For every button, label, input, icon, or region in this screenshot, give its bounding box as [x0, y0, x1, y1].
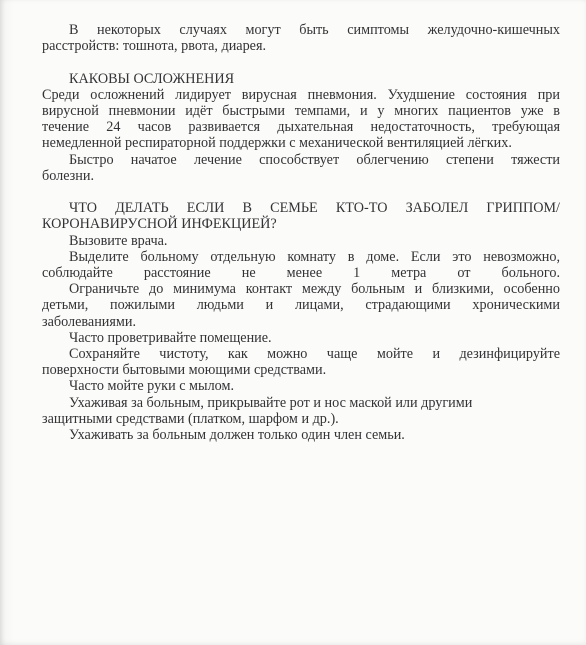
complications-line: течение 24 часов развивается дыхательная…: [42, 119, 560, 135]
advice-line: соблюдайте расстояние не менее 1 метра о…: [42, 265, 560, 281]
family-illness-heading-line: КОРОНАВИРУСНОЙ ИНФЕКЦИЕЙ?: [42, 216, 560, 232]
advice-line: Сохраняйте чистоту, как можно чаще мойте…: [42, 346, 560, 362]
blank-line: [42, 54, 560, 70]
document-page: В некоторых случаях могут быть симптомы …: [0, 0, 586, 645]
advice-line: защитными средствами (платком, шарфом и …: [42, 411, 560, 427]
complications-line: немедленной респираторной поддержки с ме…: [42, 135, 560, 151]
complications-heading: КАКОВЫ ОСЛОЖНЕНИЯ: [42, 71, 560, 87]
advice-line: Ограничьте до минимума контакт между бол…: [42, 281, 560, 297]
advice-line: поверхности бытовыми моющими средствами.: [42, 362, 560, 378]
complications-line: вирусной пневмонии идёт быстрыми темпами…: [42, 103, 560, 119]
complications-line: Быстро начатое лечение способствует обле…: [42, 152, 560, 168]
intro-line: В некоторых случаях могут быть симптомы …: [42, 22, 560, 38]
advice-line: Часто мойте руки с мылом.: [42, 378, 560, 394]
complications-line: Среди осложнений лидирует вирусная пневм…: [42, 87, 560, 103]
advice-line: Вызовите врача.: [42, 233, 560, 249]
advice-line: Ухаживая за больным, прикрывайте рот и н…: [42, 395, 560, 411]
advice-line: детьми, пожилыми людьми и лицами, страда…: [42, 297, 560, 313]
advice-line: Выделите больному отдельную комнату в до…: [42, 249, 560, 265]
document-text-block: В некоторых случаях могут быть симптомы …: [42, 22, 560, 443]
intro-line: расстройств: тошнота, рвота, диарея.: [42, 38, 560, 54]
complications-line: болезни.: [42, 168, 560, 184]
blank-line: [42, 184, 560, 200]
family-illness-heading-line: ЧТО ДЕЛАТЬ ЕСЛИ В СЕМЬЕ КТО-ТО ЗАБОЛЕЛ Г…: [42, 200, 560, 216]
advice-line: заболеваниями.: [42, 314, 560, 330]
advice-line: Часто проветривайте помещение.: [42, 330, 560, 346]
advice-line: Ухаживать за больным должен только один …: [42, 427, 560, 443]
